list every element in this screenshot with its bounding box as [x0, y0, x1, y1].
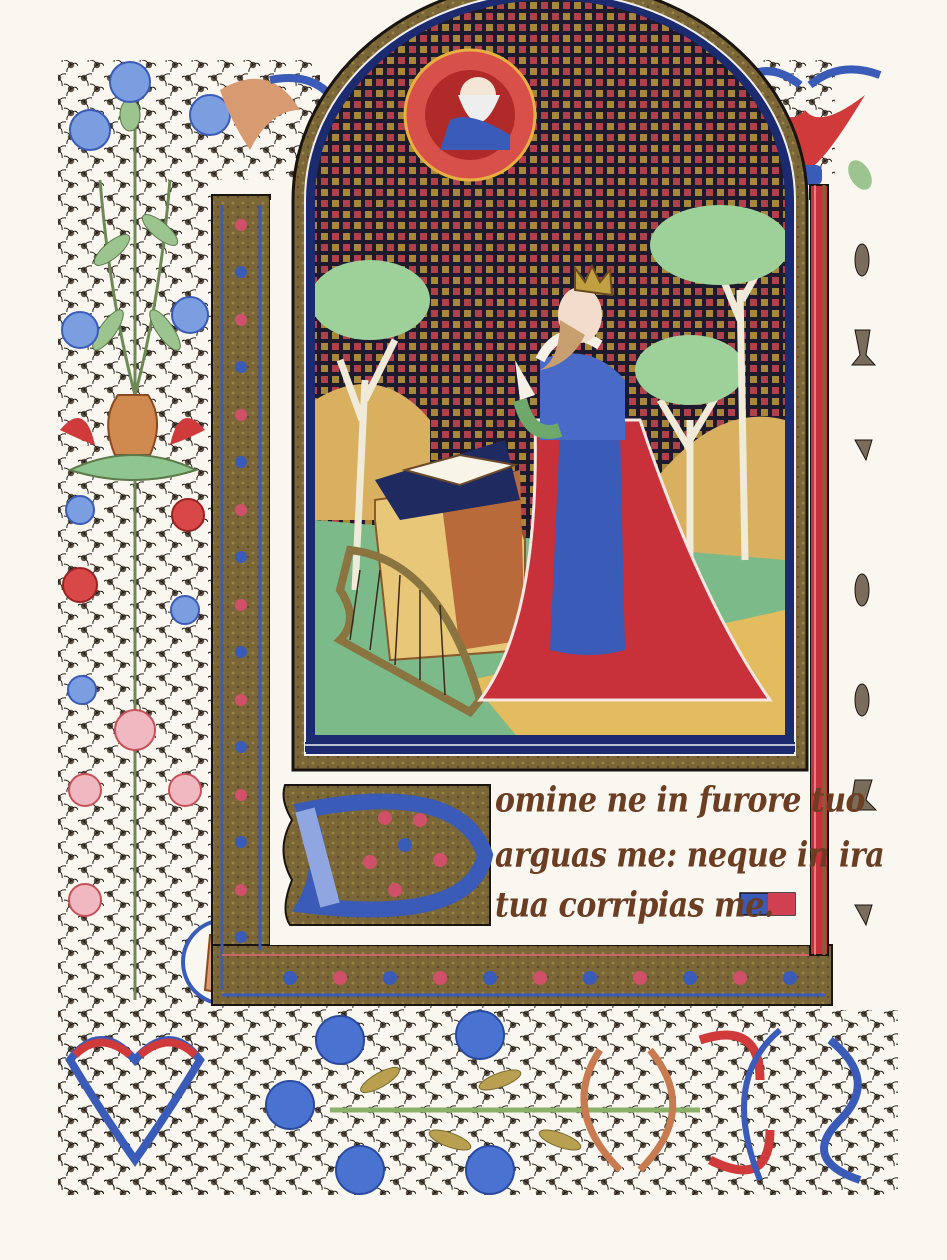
- illumination-artwork: [0, 0, 947, 1260]
- initial-d-panel: [284, 785, 491, 925]
- manuscript-page: omine ne in furore tuo arguas me: neque …: [0, 0, 947, 1260]
- miniature-scene: [300, 0, 800, 750]
- text-line-1: omine ne in furore tuo: [495, 780, 865, 820]
- text-line-3: tua corripias me.: [495, 885, 774, 925]
- text-line-2: arguas me: neque in ira: [495, 835, 884, 875]
- god-the-father: [405, 50, 535, 180]
